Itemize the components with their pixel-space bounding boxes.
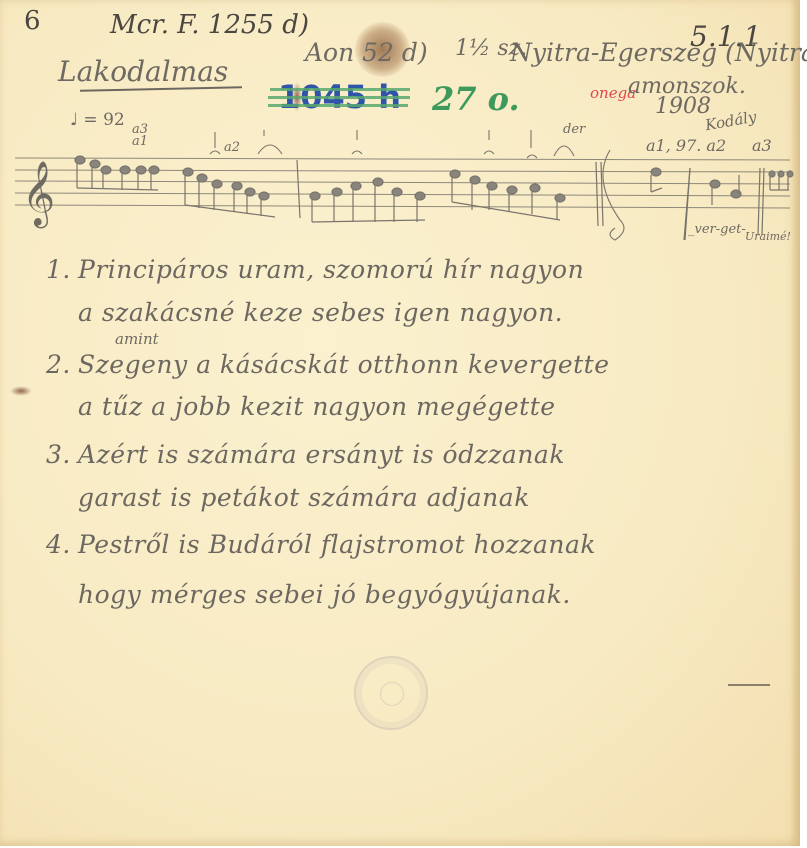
verse-text: Principáros uram, szomorú hír nagyon — [78, 255, 584, 284]
page-edge-shadow — [790, 0, 800, 846]
verse-4-line-2: hogy mérges sebei jó begyógyújanak. — [78, 580, 571, 609]
page-number: 6 — [24, 6, 41, 36]
verse-number: 4. — [46, 530, 78, 559]
verse-number: 1. — [46, 255, 78, 284]
lyric-fragment-2: Uraimé! — [745, 230, 791, 243]
verse-1-line-2: a szakácsné keze sebes igen nagyon. — [78, 298, 563, 327]
place-name: Nyitra-Egerszeg (Nyitra) — [510, 38, 807, 67]
strike-line-2 — [268, 96, 410, 99]
collection-year: 1908 — [655, 94, 711, 119]
manuscript-page: 6 Mcr. F. 1255 d) 5.1.1 Lakodalmas Aon 5… — [0, 0, 800, 846]
verse-text: Pestről is Budáról flajstromot hozzanak — [78, 530, 596, 559]
tempo-marking: ♩ = 92 — [70, 110, 125, 130]
verse-2-insertion: amint — [115, 330, 159, 348]
lyric-fragment: _ver-get- — [688, 222, 746, 237]
verse-2-line-2: a tűz a jobb kezit nagyon megégette — [78, 392, 556, 421]
verse-2-line-1: 2.Szegeny a kásácskát otthonn kevergette — [46, 350, 610, 379]
library-stamp — [354, 656, 428, 730]
verse-number: 3. — [46, 440, 78, 469]
stamp-emblem — [380, 682, 404, 706]
verse-text: Azért is számára ersányt is ódzzanak — [78, 440, 565, 469]
strike-line-3 — [268, 104, 408, 107]
verse-number: 2. — [46, 350, 78, 379]
left-margin-smudge — [10, 386, 32, 396]
alternate-reference: Aon 52 d) — [305, 38, 428, 67]
svg-text:𝄞: 𝄞 — [22, 161, 55, 228]
verse-1-line-1: 1.Principáros uram, szomorú hír nagyon — [46, 255, 584, 284]
strike-line-1 — [270, 88, 410, 91]
green-number: 27 o. — [432, 80, 520, 118]
verse-text: Szegeny a kásácskát otthonn kevergette — [78, 350, 610, 379]
catalog-reference: Mcr. F. 1255 d) — [110, 10, 309, 40]
music-staff: 𝄞 — [0, 130, 807, 260]
song-title: Lakodalmas — [58, 55, 228, 88]
paper-tear-mark — [728, 684, 770, 686]
verse-3-line-1: 3.Azért is számára ersányt is ódzzanak — [46, 440, 565, 469]
verse-4-line-1: 4.Pestről is Budáról flajstromot hozzana… — [46, 530, 596, 559]
verse-3-line-2: garast is petákot számára adjanak — [78, 483, 530, 512]
